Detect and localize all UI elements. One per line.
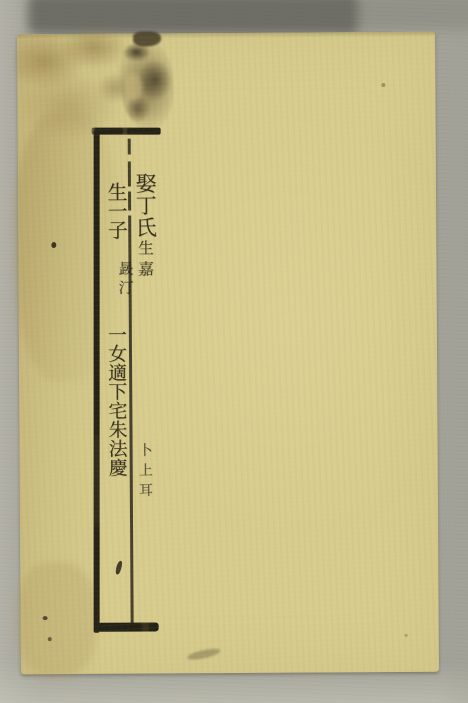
paper-speck <box>405 634 408 637</box>
dark-stain-notch <box>133 31 161 46</box>
smudge-bottom <box>186 647 221 662</box>
photo-of-genealogy-page: 娶丁氏 生嘉 卜上耳 生一子 晸汀 一女適下宅朱法慶 <box>0 0 468 703</box>
stain-left-band <box>14 112 121 383</box>
left-column-son-names: 晸汀 <box>117 261 132 299</box>
ink-tick-mark <box>115 560 123 575</box>
right-column-lower-annotation: 卜上耳 <box>138 442 152 502</box>
stain-bottom-left <box>16 562 97 677</box>
left-column-son-text: 生一子 <box>106 182 126 239</box>
right-column-wife-text: 娶丁氏 <box>134 172 155 238</box>
dark-stain-highlight <box>124 74 142 101</box>
frame-bottom-rule <box>98 622 159 631</box>
paper-speck <box>381 83 385 87</box>
paper-leaf: 娶丁氏 生嘉 卜上耳 生一子 晸汀 一女適下宅朱法慶 <box>17 32 439 675</box>
ink-speck <box>43 616 48 620</box>
left-column-daughter-text: 一女適下宅朱法慶 <box>106 325 126 477</box>
right-column-birth-annotation: 生嘉 <box>136 239 152 281</box>
ink-speck <box>51 242 56 248</box>
frame-top-rule <box>92 128 161 135</box>
ink-speck <box>48 637 52 641</box>
dark-stain-patch <box>119 40 174 130</box>
stain-top-left <box>13 30 144 143</box>
background-top-shadow-right <box>350 0 468 30</box>
frame-left-rule <box>94 130 100 633</box>
background-top-shadow <box>28 0 358 34</box>
frame-column-divider <box>128 139 134 628</box>
